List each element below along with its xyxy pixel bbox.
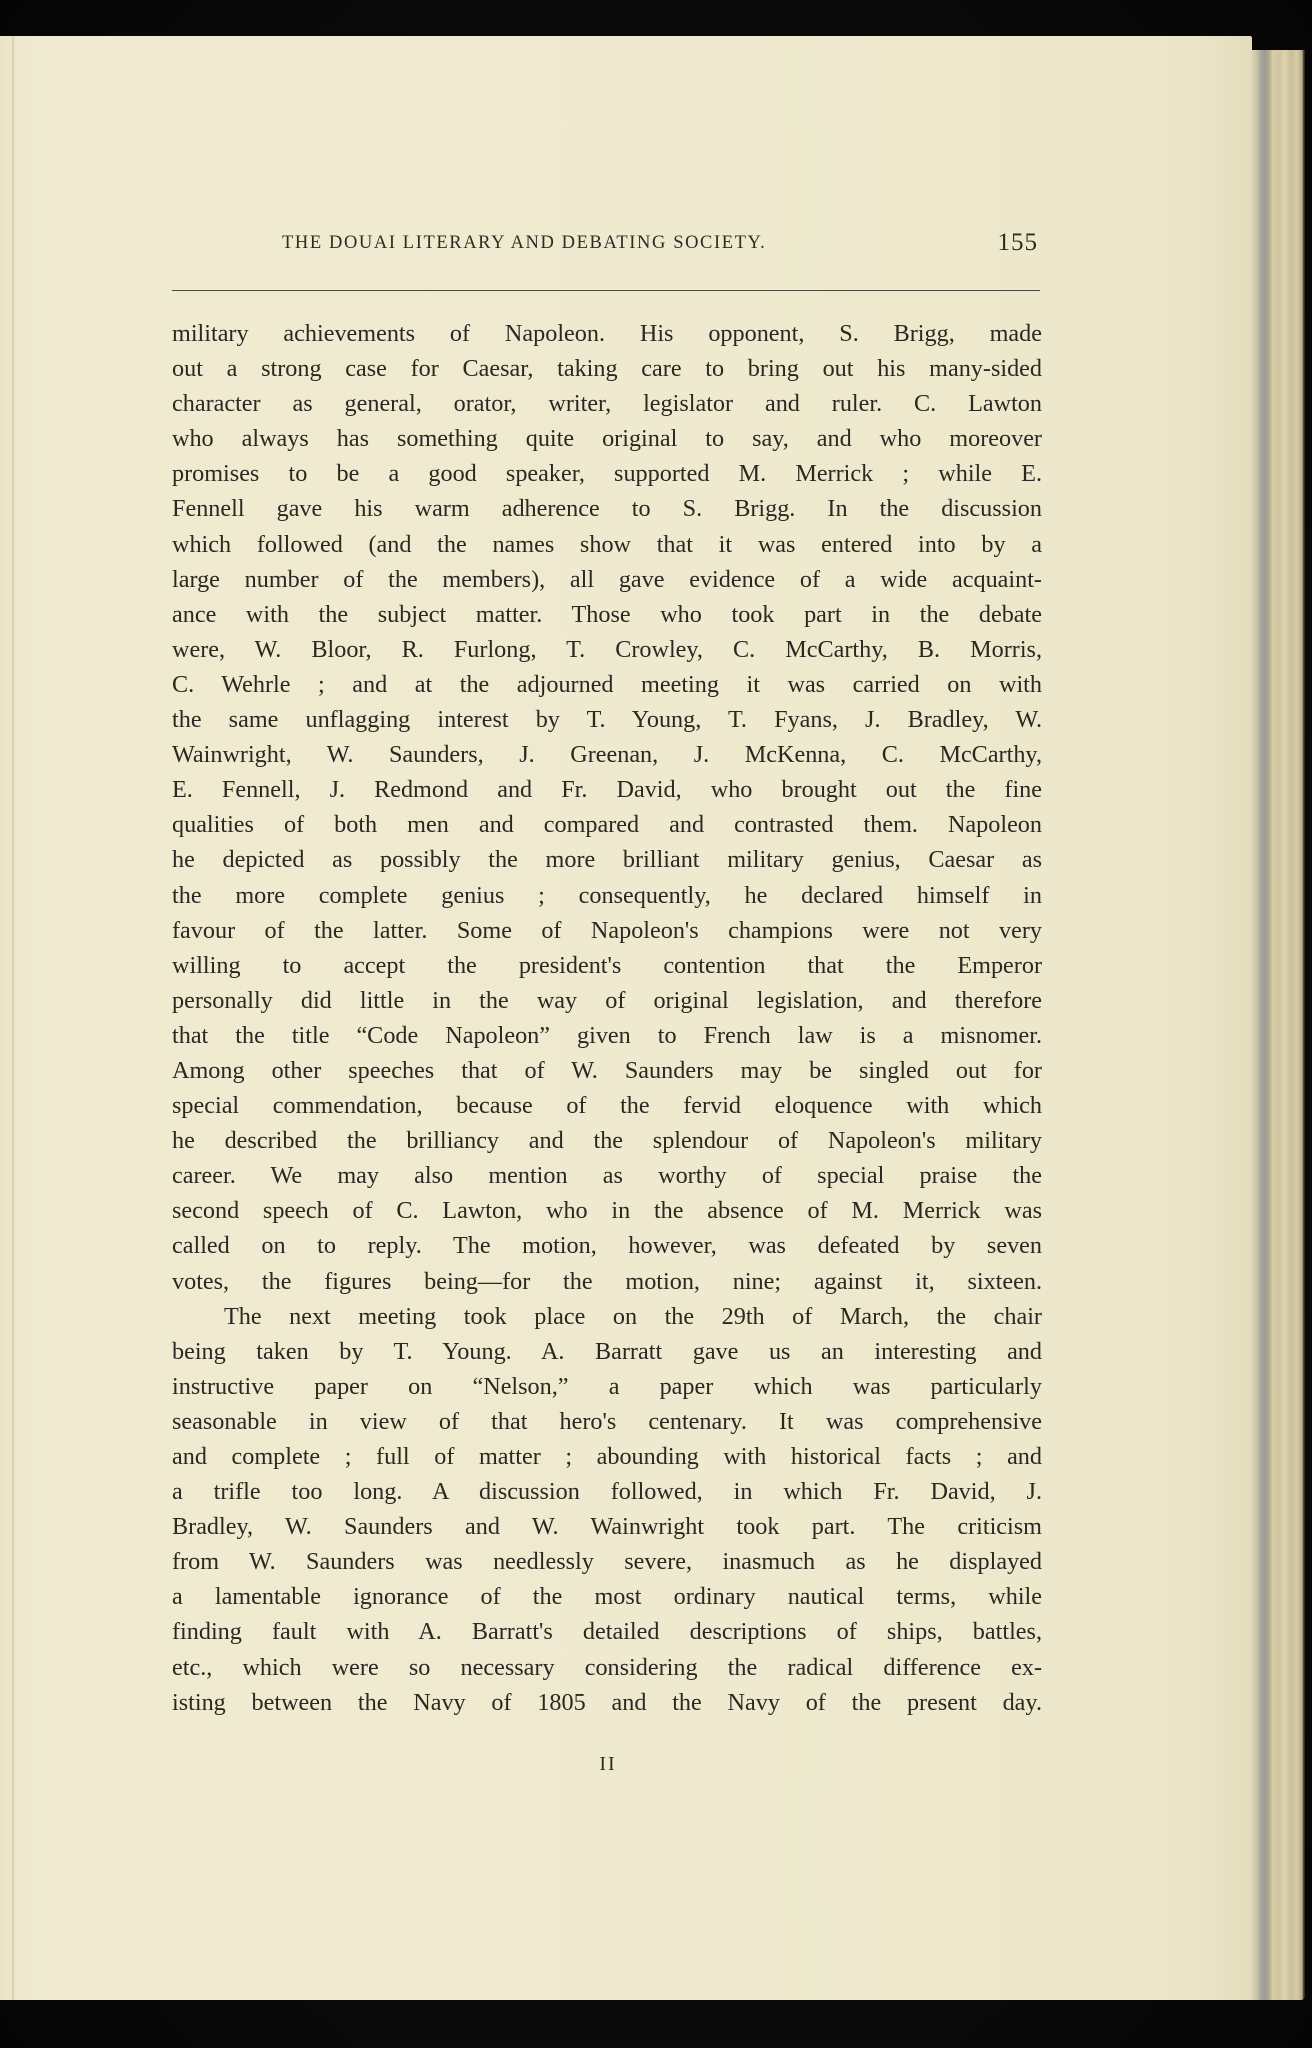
- text-line: character as general, orator, writer, le…: [172, 386, 1042, 421]
- text-line: special commendation, because of the fer…: [172, 1088, 1042, 1123]
- running-title: THE DOUAI LITERARY AND DEBATING SOCIETY.: [282, 233, 766, 254]
- text-line: called on to reply. The motion, however,…: [172, 1228, 1042, 1263]
- text-line: Fennell gave his warm adherence to S. Br…: [172, 491, 1042, 526]
- text-line: favour of the latter. Some of Napoleon's…: [172, 913, 1042, 948]
- text-line: were, W. Bloor, R. Furlong, T. Crowley, …: [172, 632, 1042, 667]
- text-line: large number of the members), all gave e…: [172, 562, 1042, 597]
- text-line: Among other speeches that of W. Saunders…: [172, 1053, 1042, 1088]
- page-stack-edges: [1245, 50, 1305, 2000]
- text-line: finding fault with A. Barratt's detailed…: [172, 1614, 1042, 1649]
- paragraph-end-line: votes, the figures being—for the motion,…: [172, 1264, 1042, 1299]
- text-line: second speech of C. Lawton, who in the a…: [172, 1193, 1042, 1228]
- text-line: that the title “Code Napoleon” given to …: [172, 1018, 1042, 1053]
- text-line: the same unflagging interest by T. Young…: [172, 702, 1042, 737]
- text-line: personally did little in the way of orig…: [172, 983, 1042, 1018]
- text-line: promises to be a good speaker, supported…: [172, 456, 1042, 491]
- text-line: and complete ; full of matter ; aboundin…: [172, 1439, 1042, 1474]
- signature-mark: II: [588, 1753, 628, 1776]
- text-line: E. Fennell, J. Redmond and Fr. David, wh…: [172, 772, 1042, 807]
- text-line: a trifle too long. A discussion followed…: [172, 1474, 1042, 1509]
- text-line: he described the brilliancy and the sple…: [172, 1123, 1042, 1158]
- text-line: he depicted as possibly the more brillia…: [172, 842, 1042, 877]
- text-line: from W. Saunders was needlessly severe, …: [172, 1544, 1042, 1579]
- text-line: career. We may also mention as worthy of…: [172, 1158, 1042, 1193]
- text-line: being taken by T. Young. A. Barratt gave…: [172, 1334, 1042, 1369]
- text-line: seasonable in view of that hero's centen…: [172, 1404, 1042, 1439]
- header-rule: [172, 290, 1040, 291]
- text-line: ance with the subject matter. Those who …: [172, 597, 1042, 632]
- text-line: the more complete genius ; consequently,…: [172, 878, 1042, 913]
- page-number: 155: [998, 229, 1039, 257]
- text-line: military achievements of Napoleon. His o…: [172, 316, 1042, 351]
- text-line: qualities of both men and compared and c…: [172, 807, 1042, 842]
- book-scan-scene: THE DOUAI LITERARY AND DEBATING SOCIETY.…: [0, 0, 1312, 2048]
- running-head: THE DOUAI LITERARY AND DEBATING SOCIETY.…: [172, 229, 1040, 265]
- paragraph-start-line: The next meeting took place on the 29th …: [172, 1299, 1042, 1334]
- text-line: instructive paper on “Nelson,” a paper w…: [172, 1369, 1042, 1404]
- text-line: willing to accept the president's conten…: [172, 948, 1042, 983]
- text-line: a lamentable ignorance of the most ordin…: [172, 1579, 1042, 1614]
- text-line: C. Wehrle ; and at the adjourned meeting…: [172, 667, 1042, 702]
- text-line: out a strong case for Caesar, taking car…: [172, 351, 1042, 386]
- text-line: Bradley, W. Saunders and W. Wainwright t…: [172, 1509, 1042, 1544]
- text-line: Wainwright, W. Saunders, J. Greenan, J. …: [172, 737, 1042, 772]
- text-line: etc., which were so necessary considerin…: [172, 1650, 1042, 1685]
- text-line: isting between the Navy of 1805 and the …: [172, 1685, 1042, 1720]
- text-line: which followed (and the names show that …: [172, 527, 1042, 562]
- body-text: military achievements of Napoleon. His o…: [172, 316, 1042, 1720]
- text-line: who always has something quite original …: [172, 421, 1042, 456]
